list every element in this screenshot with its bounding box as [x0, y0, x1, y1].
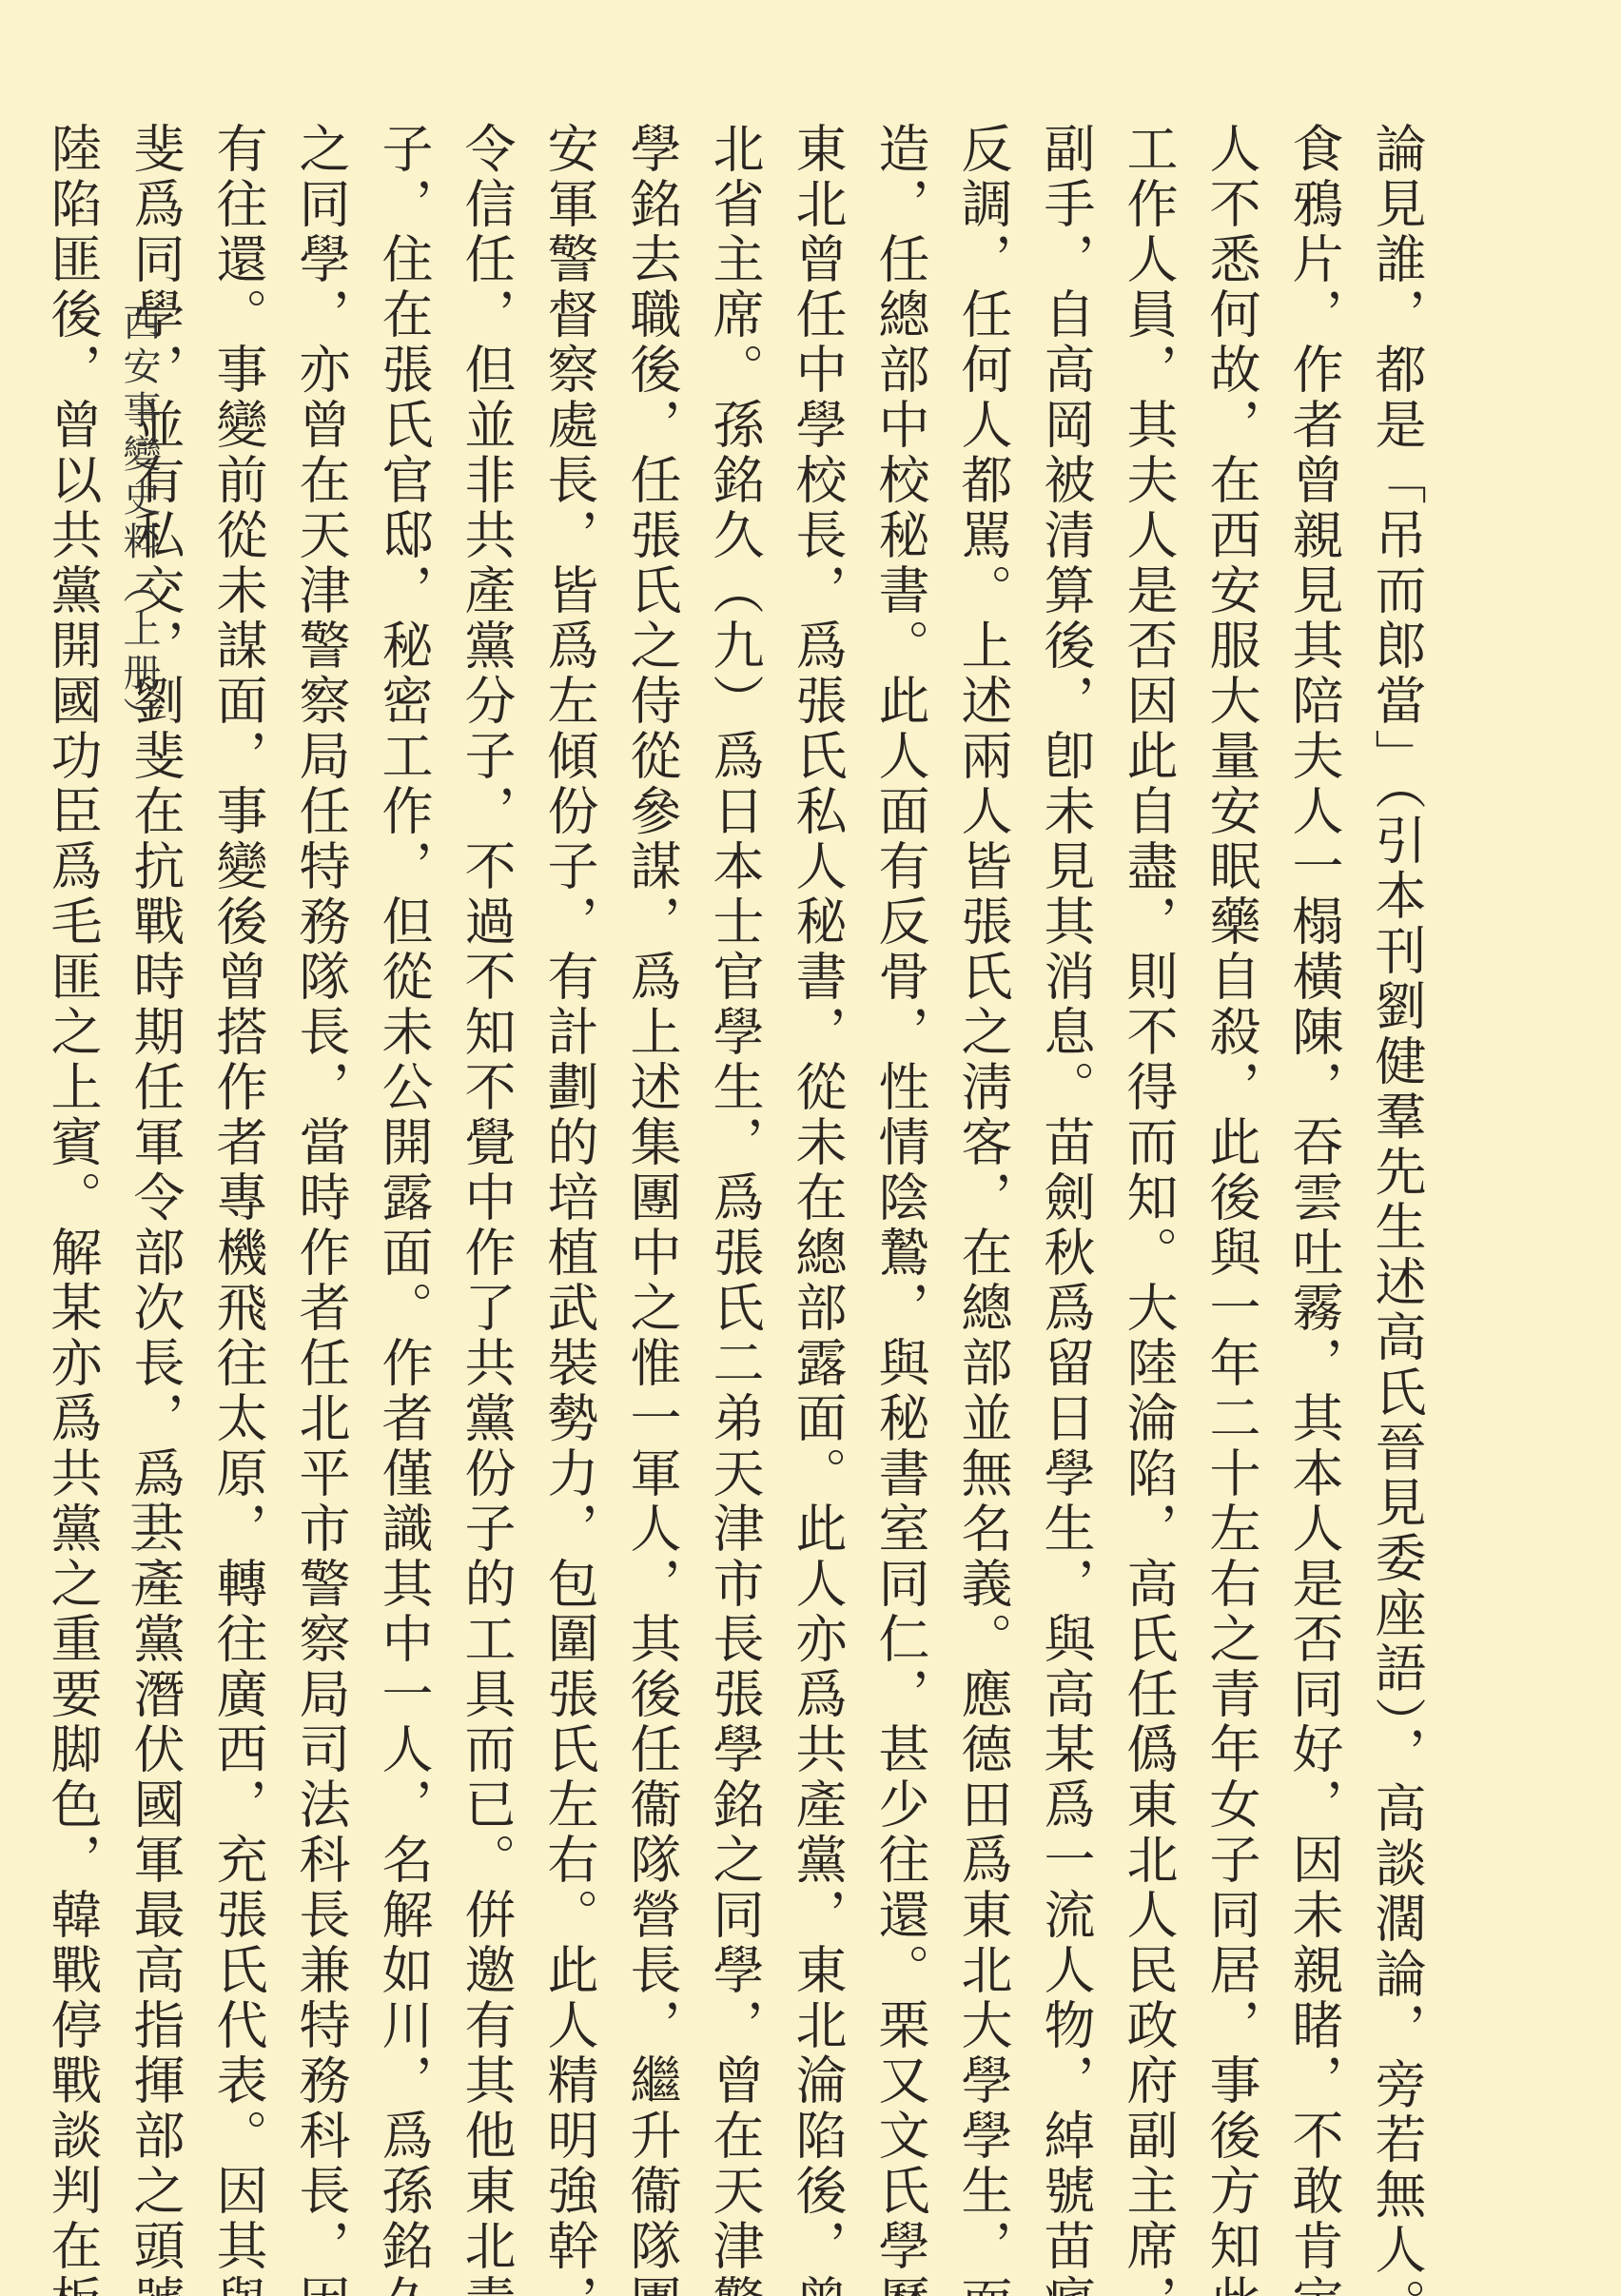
text-column-5: 副手，自高岡被清算後，卽未見其消息。苗劍秋爲留日學生，與高某爲一流人物，綽號苗瘋…	[1025, 122, 1107, 1996]
text-column-2: 食鴉片，作者曾親見其陪夫人一榻橫陳，吞雲吐霧，其本人是否同好，因未親睹，不敢肯定…	[1273, 122, 1356, 1996]
text-column-12: 令信任，但並非共產黨分子，不過不知不覺中作了共黨份子的工具而已。倂邀有其他東北青…	[445, 122, 528, 1996]
text-column-13: 子，住在張氏官邸，秘密工作，但從未公開露面。作者僅識其中一人，名解如川，爲孫銘久…	[362, 122, 445, 1996]
text-column-1: 論見誰，都是「吊而郎當」（引本刊劉健羣先生述高氏晉見委座語），高談濶論，旁若無人…	[1356, 122, 1438, 1996]
text-column-9: 北省主席。孫銘久（九）爲日本士官學生，爲張氏二弟天津市長張學銘之同學，曾在天津警…	[693, 122, 776, 1996]
text-column-3: 人不悉何故，在西安服大量安眠藥自殺，此後與一年二十左右之青年女子同居，事後方知此…	[1190, 122, 1273, 1996]
body-text: 論見誰，都是「吊而郎當」（引本刊劉健羣先生述高氏晉見委座語），高談濶論，旁若無人…	[249, 122, 1438, 1996]
text-column-10: 學銘去職後，任張氏之侍從參謀，爲上述集團中之惟一軍人，其後任衞隊營長，繼升衞隊團…	[611, 122, 693, 1996]
page-number: 二三二	[119, 1475, 173, 1595]
text-column-17: 陸陷匪後，曾以共黨開國功臣爲毛匪之上賓。解某亦爲共黨之重要脚色，韓戰停戰談判在板…	[31, 122, 114, 1996]
text-column-11: 安軍警督察處長，皆爲左傾份子，有計劃的培植武裝勢力，包圍張氏左右。此人精明強幹，…	[528, 122, 611, 1996]
text-column-14: 之同學，亦曾在天津警察局任特務隊長，當時作者任北平市警察局司法科長兼特務科長，因…	[280, 122, 362, 1996]
text-column-4: 工作人員，其夫人是否因此自盡，則不得而知。大陸淪陷，高氏任僞東北人民政府副主席，…	[1107, 122, 1190, 1996]
text-column-7: 造，任總部中校秘書。此人面有反骨，性情陰鷙，與秘書室同仁，甚少往還。栗又文氏學歷…	[859, 122, 942, 1996]
text-column-6: 反調，任何人都駡。上述兩人皆張氏之淸客，在總部並無名義。應德田爲東北大學學生，而…	[942, 122, 1025, 1996]
text-column-8: 東北曾任中學校長，爲張氏私人秘書，從未在總部露面。此人亦爲共產黨，東北淪陷後，曾…	[776, 122, 859, 1996]
text-column-15: 有往還。事變前從未謀面，事變後曾搭作者專機飛往太原，轉往廣西，充張氏代表。因其與…	[197, 122, 280, 1996]
footer-book-title: 西安事變史料（上册）	[112, 303, 166, 740]
